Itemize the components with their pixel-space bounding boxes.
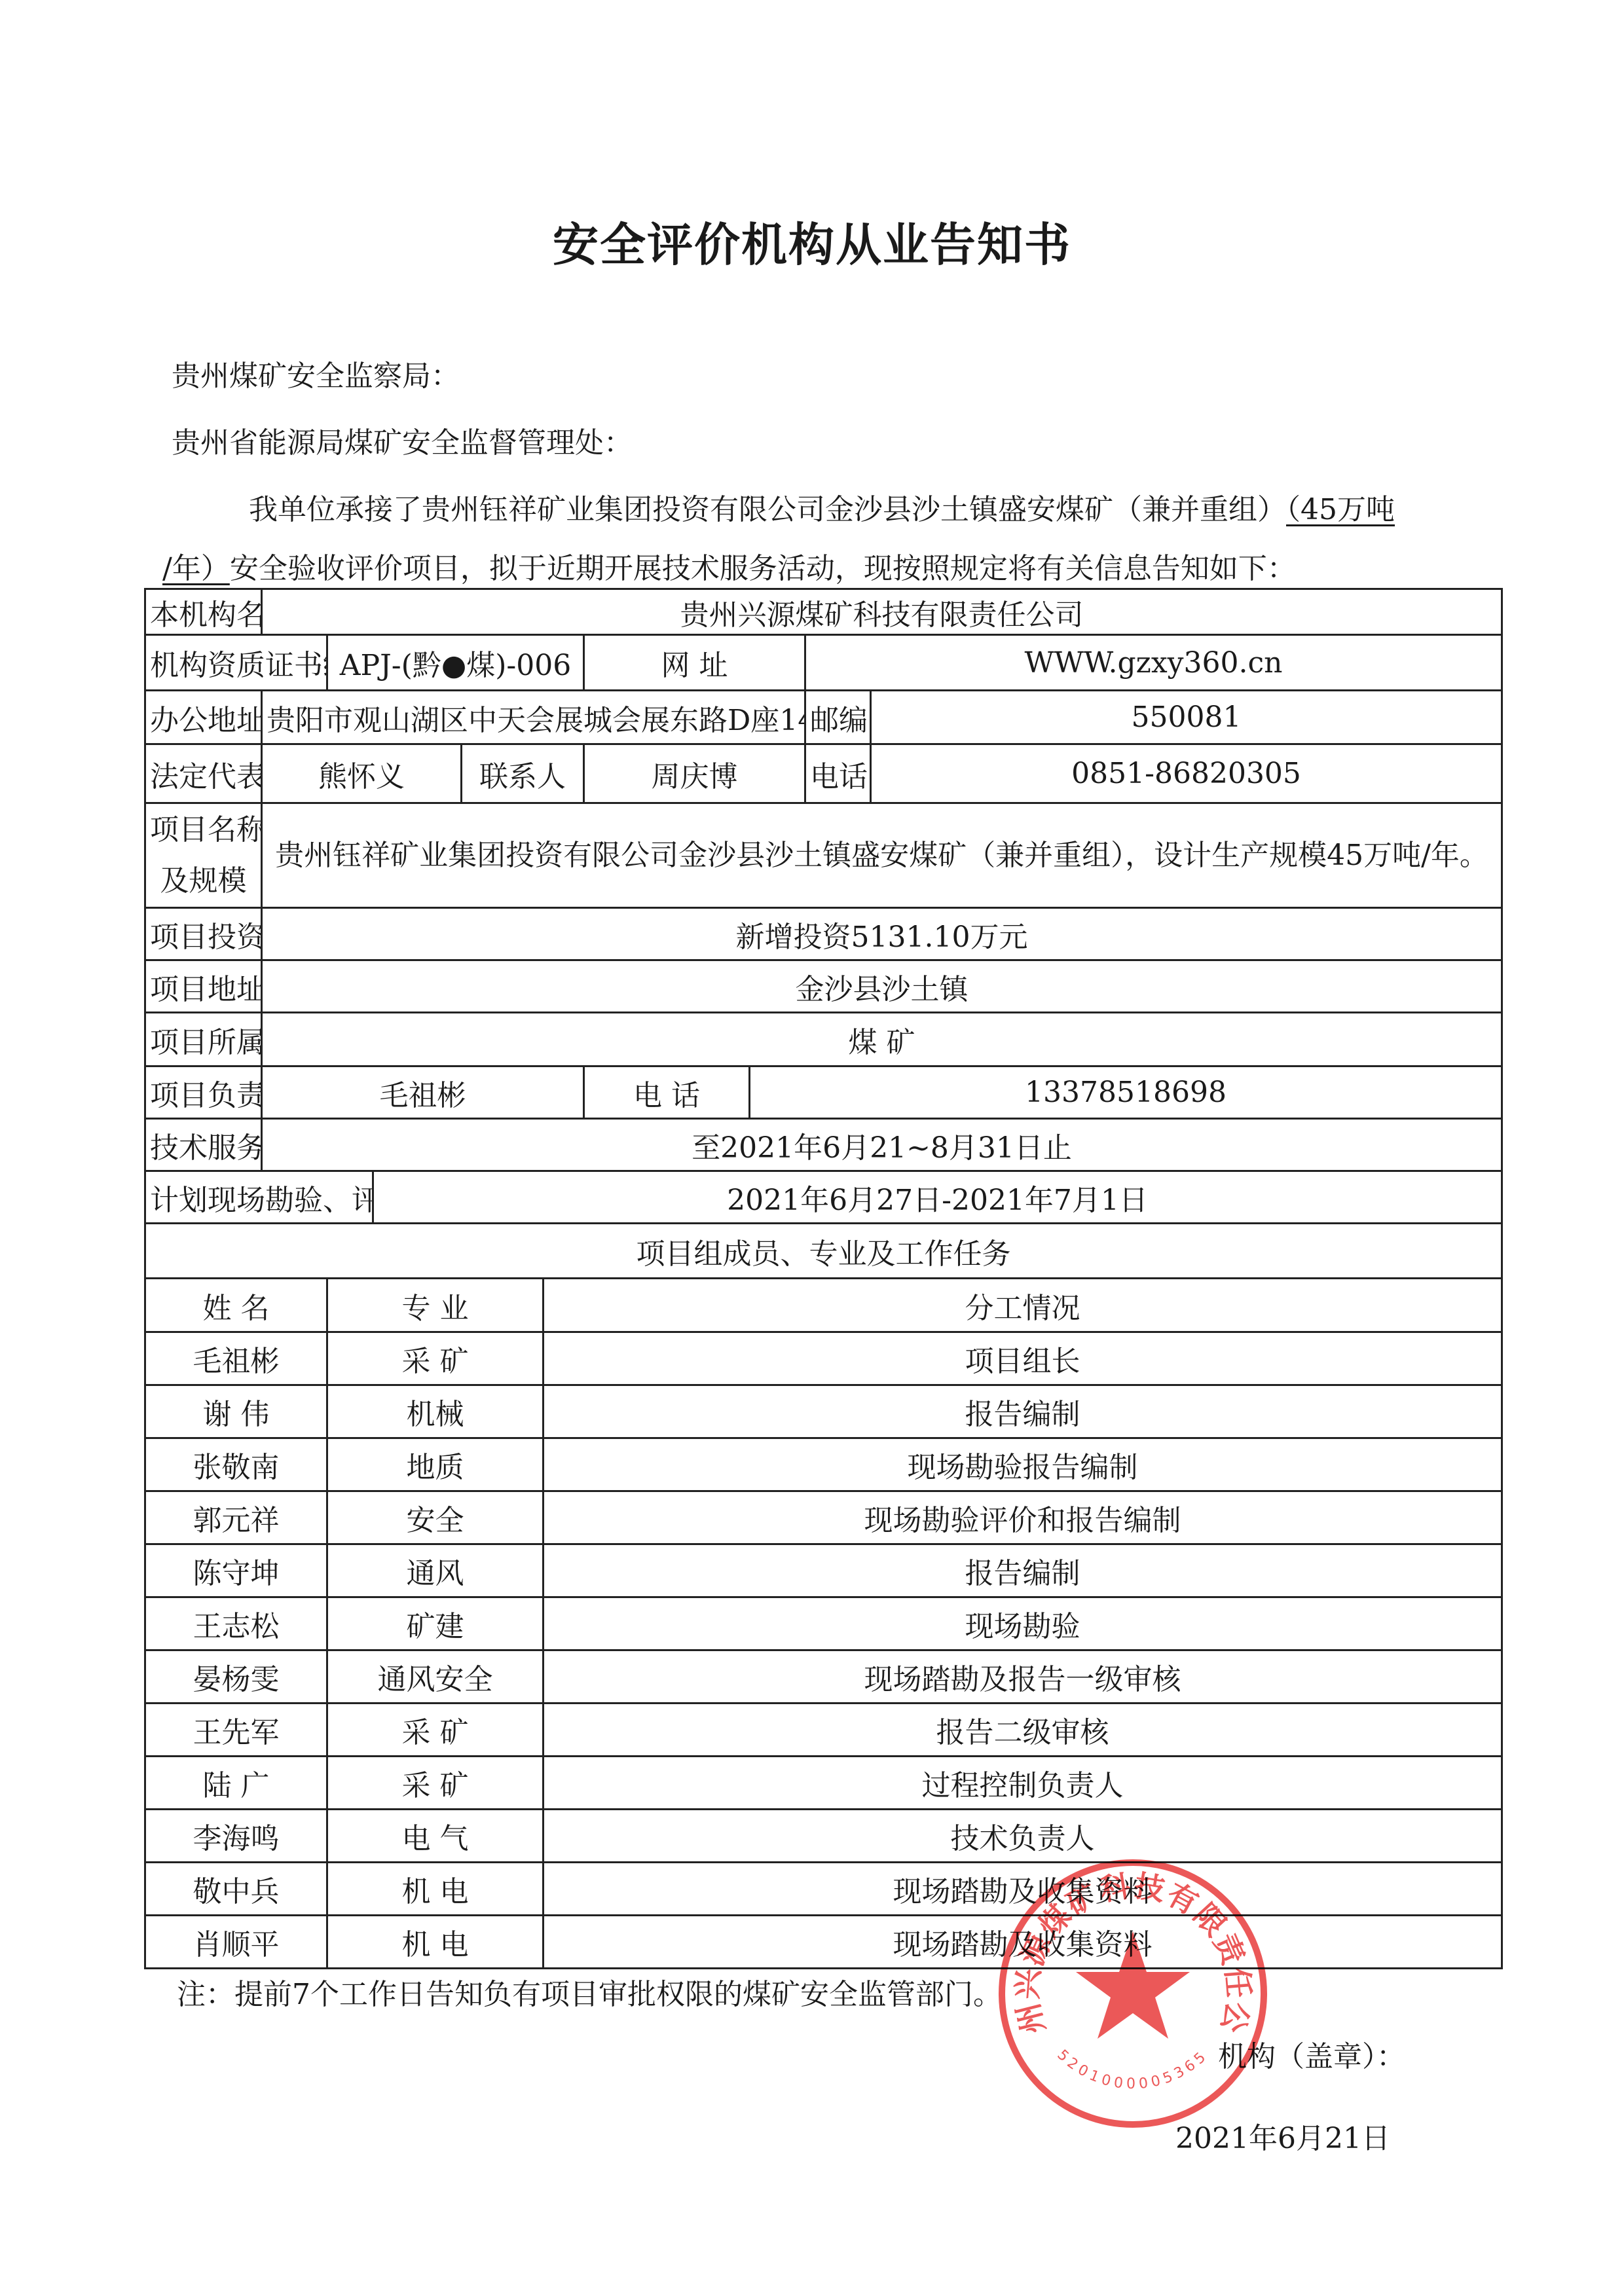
document-title: 安全评价机构从业告知书 — [0, 208, 1624, 274]
member-major: 机械 — [327, 1385, 544, 1438]
office-address-value: 贵阳市观山湖区中天会展城会展东路D座14楼 — [262, 691, 805, 744]
org-name-label: 本机构名称 — [145, 589, 262, 635]
investment-value: 新增投资5131.10万元 — [262, 908, 1502, 960]
member-name: 肖顺平 — [145, 1916, 327, 1969]
row-project-name: 项目名称 及规模 贵州钰祥矿业集团投资有限公司金沙县沙土镇盛安煤矿（兼并重组），… — [145, 803, 1502, 908]
member-major: 通风 — [327, 1544, 544, 1597]
member-task: 现场踏勘及报告一级审核 — [544, 1650, 1502, 1704]
row-service-period: 技术服务期限 至2021年6月21~8月31日止 — [145, 1119, 1502, 1171]
member-name: 谢 伟 — [145, 1385, 327, 1438]
member-row: 毛祖彬采 矿项目组长 — [145, 1332, 1502, 1385]
row-survey-time: 计划现场勘验、评价时间 2021年6月27日-2021年7月1日 — [145, 1171, 1502, 1224]
industry-label: 项目所属行业 — [145, 1013, 262, 1066]
postcode-value: 550081 — [871, 691, 1502, 744]
member-task: 报告二级审核 — [544, 1704, 1502, 1757]
contact-value: 周庆博 — [584, 744, 805, 803]
row-cert: 机构资质证书编号 APJ-(黔●煤)-006 网 址 WWW.gzxy360.c… — [145, 635, 1502, 691]
member-task: 报告编制 — [544, 1544, 1502, 1597]
member-name: 敬中兵 — [145, 1863, 327, 1916]
project-name-label-2: 及规模 — [150, 856, 257, 907]
member-major: 电 气 — [327, 1810, 544, 1863]
member-major: 安全 — [327, 1491, 544, 1544]
row-investment: 项目投资金额 新增投资5131.10万元 — [145, 908, 1502, 960]
project-name-label-1: 项目名称 — [150, 805, 257, 856]
member-name: 李海鸣 — [145, 1810, 327, 1863]
member-major: 采 矿 — [327, 1757, 544, 1810]
phone-label: 电话 — [805, 744, 871, 803]
members-header-row: 姓 名 专 业 分工情况 — [145, 1279, 1502, 1332]
survey-time-label: 计划现场勘验、评价时间 — [145, 1171, 373, 1224]
row-members-title: 项目组成员、专业及工作任务 — [145, 1224, 1502, 1279]
member-major: 采 矿 — [327, 1332, 544, 1385]
member-task: 现场勘验 — [544, 1597, 1502, 1650]
member-major: 矿建 — [327, 1597, 544, 1650]
member-name: 陆 广 — [145, 1757, 327, 1810]
service-period-label: 技术服务期限 — [145, 1119, 262, 1171]
member-task: 项目组长 — [544, 1332, 1502, 1385]
row-project-leader: 项目负责人 毛祖彬 电 话 13378518698 — [145, 1066, 1502, 1119]
postcode-label: 邮编 — [805, 691, 871, 744]
member-name: 王先军 — [145, 1704, 327, 1757]
member-major: 通风安全 — [327, 1650, 544, 1704]
member-task: 报告编制 — [544, 1385, 1502, 1438]
legal-rep-value: 熊怀义 — [262, 744, 462, 803]
col-name-header: 姓 名 — [145, 1279, 327, 1332]
member-row: 王先军采 矿报告二级审核 — [145, 1704, 1502, 1757]
member-task: 现场勘验评价和报告编制 — [544, 1491, 1502, 1544]
office-address-label: 办公地址 — [145, 691, 262, 744]
survey-time-value: 2021年6月27日-2021年7月1日 — [373, 1171, 1502, 1224]
intro-capacity-2: /年） — [162, 552, 230, 585]
member-major: 地质 — [327, 1438, 544, 1491]
project-name-label: 项目名称 及规模 — [145, 803, 262, 908]
col-task-header: 分工情况 — [544, 1279, 1502, 1332]
member-major: 机 电 — [327, 1863, 544, 1916]
project-leader-value: 毛祖彬 — [262, 1066, 584, 1119]
member-name: 晏杨雯 — [145, 1650, 327, 1704]
company-seal-icon: 贵州兴源煤矿科技有限责任公司 5201000005365 — [992, 1853, 1274, 2134]
leader-phone-value: 13378518698 — [750, 1066, 1502, 1119]
member-name: 陈守坤 — [145, 1544, 327, 1597]
member-row: 陆 广采 矿过程控制负责人 — [145, 1757, 1502, 1810]
intro-capacity-1: （45万吨 — [1286, 493, 1395, 526]
member-task: 现场勘验报告编制 — [544, 1438, 1502, 1491]
investment-label: 项目投资金额 — [145, 908, 262, 960]
member-row: 王志松矿建现场勘验 — [145, 1597, 1502, 1650]
legal-rep-label: 法定代表人 — [145, 744, 262, 803]
contact-label: 联系人 — [462, 744, 584, 803]
project-address-value: 金沙县沙土镇 — [262, 960, 1502, 1013]
member-row: 李海鸣电 气技术负责人 — [145, 1810, 1502, 1863]
project-leader-label: 项目负责人 — [145, 1066, 262, 1119]
recipient-2: 贵州省能源局煤矿安全监督管理处： — [172, 419, 633, 461]
org-name-value: 贵州兴源煤矿科技有限责任公司 — [262, 589, 1502, 635]
website-value: WWW.gzxy360.cn — [805, 635, 1502, 691]
notice-table: 本机构名称 贵州兴源煤矿科技有限责任公司 机构资质证书编号 APJ-(黔●煤)-… — [144, 588, 1503, 1969]
intro-line-1: 我单位承接了贵州钰祥矿业集团投资有限公司金沙县沙土镇盛安煤矿（兼并重组）（45万… — [249, 486, 1395, 528]
cert-value: APJ-(黔●煤)-006 — [327, 635, 584, 691]
member-row: 陈守坤通风报告编制 — [145, 1544, 1502, 1597]
project-address-label: 项目地址 — [145, 960, 262, 1013]
member-name: 郭元祥 — [145, 1491, 327, 1544]
recipient-1: 贵州煤矿安全监察局： — [172, 352, 460, 394]
member-row: 肖顺平机 电现场踏勘及收集资料 — [145, 1916, 1502, 1969]
project-name-value: 贵州钰祥矿业集团投资有限公司金沙县沙土镇盛安煤矿（兼并重组），设计生产规模45万… — [262, 803, 1502, 908]
member-name: 王志松 — [145, 1597, 327, 1650]
member-major: 机 电 — [327, 1916, 544, 1969]
row-org-name: 本机构名称 贵州兴源煤矿科技有限责任公司 — [145, 589, 1502, 635]
row-office-address: 办公地址 贵阳市观山湖区中天会展城会展东路D座14楼 邮编 550081 — [145, 691, 1502, 744]
service-period-value: 至2021年6月21~8月31日止 — [262, 1119, 1502, 1171]
svg-text:5201000005365: 5201000005365 — [1054, 2047, 1211, 2092]
industry-value: 煤 矿 — [262, 1013, 1502, 1066]
website-label: 网 址 — [584, 635, 805, 691]
member-row: 晏杨雯通风安全现场踏勘及报告一级审核 — [145, 1650, 1502, 1704]
member-row: 张敬南地质现场勘验报告编制 — [145, 1438, 1502, 1491]
row-industry: 项目所属行业 煤 矿 — [145, 1013, 1502, 1066]
member-name: 张敬南 — [145, 1438, 327, 1491]
member-row: 谢 伟机械报告编制 — [145, 1385, 1502, 1438]
intro-line-2: /年）安全验收评价项目，拟于近期开展技术服务活动，现按照规定将有关信息告知如下： — [162, 545, 1296, 587]
footnote: 注：提前7个工作日告知负有项目审批权限的煤矿安全监管部门。 — [177, 1971, 1002, 2013]
member-name: 毛祖彬 — [145, 1332, 327, 1385]
row-legal-rep: 法定代表人 熊怀义 联系人 周庆博 电话 0851-86820305 — [145, 744, 1502, 803]
row-project-address: 项目地址 金沙县沙土镇 — [145, 960, 1502, 1013]
leader-phone-label: 电 话 — [584, 1066, 750, 1119]
intro-text-1: 我单位承接了贵州钰祥矿业集团投资有限公司金沙县沙土镇盛安煤矿（兼并重组） — [249, 493, 1286, 526]
cert-label: 机构资质证书编号 — [145, 635, 327, 691]
member-row: 敬中兵机 电现场踏勘及收集资料 — [145, 1863, 1502, 1916]
members-section-title: 项目组成员、专业及工作任务 — [145, 1224, 1502, 1279]
member-task: 过程控制负责人 — [544, 1757, 1502, 1810]
member-row: 郭元祥安全现场勘验评价和报告编制 — [145, 1491, 1502, 1544]
col-major-header: 专 业 — [327, 1279, 544, 1332]
intro-text-2: 安全验收评价项目，拟于近期开展技术服务活动，现按照规定将有关信息告知如下： — [230, 552, 1296, 585]
member-major: 采 矿 — [327, 1704, 544, 1757]
phone-value: 0851-86820305 — [871, 744, 1502, 803]
seal-code: 5201000005365 — [1054, 2047, 1211, 2092]
